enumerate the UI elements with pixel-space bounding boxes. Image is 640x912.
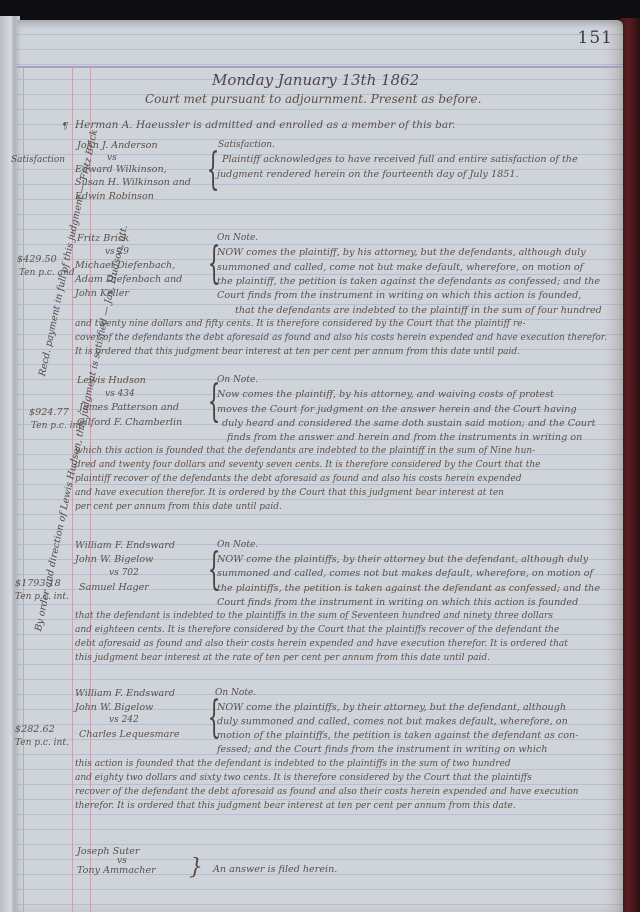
entry-body-line: summoned and called, comes not but makes… — [217, 566, 593, 581]
margin-line — [23, 68, 24, 912]
party-name: Joseph Suter — [77, 844, 139, 859]
entry-body-line: finds from the answer and herein and fro… — [227, 430, 582, 445]
judgment-amount: $282.62 — [15, 722, 55, 737]
party-name: Tony Ammacher — [77, 863, 156, 878]
entry-body-line: and eighty two dollars and sixty two cen… — [75, 771, 532, 786]
entry-body-line: Now comes the plaintiff, by his attorney… — [217, 387, 554, 402]
entry-body-line: and have execution therefor. It is order… — [75, 486, 504, 501]
party-versus: vs 242 — [109, 713, 139, 728]
entry-body-line: duly heard and considered the same doth … — [222, 416, 596, 431]
party-name: Adam Diefenbach and — [75, 272, 182, 287]
book-binding — [620, 18, 640, 912]
entry-title: On Note. — [217, 373, 258, 388]
entry-body-line: therefor. It is ordered that this judgme… — [75, 799, 516, 814]
entry-body-line: this judgment bear interest at the rate … — [75, 651, 490, 666]
entry-margin-label: Satisfaction — [11, 153, 65, 168]
heading-date: Monday January 13th 1862 — [212, 73, 419, 88]
interest-note: Ten p.c. int. — [15, 736, 69, 751]
party-versus: vs 702 — [109, 566, 139, 581]
entry-title: On Note. — [217, 538, 258, 553]
party-name: William F. Endsward — [75, 686, 175, 701]
entry-title: Satisfaction. — [218, 138, 275, 153]
entry-body-line: this action is founded that the defendan… — [75, 757, 511, 772]
entry-body-line: Court finds from the instrument in writi… — [217, 595, 578, 610]
entry-body-line: NOW come the plaintiffs, by their attorn… — [217, 700, 566, 715]
book-top-edge — [0, 0, 640, 22]
party-name: Michael Diefenbach, — [75, 258, 175, 273]
entry-title: On Note. — [217, 231, 258, 246]
entry-body-line: NOW comes the plaintiff, by his attorney… — [217, 245, 586, 260]
entry-body-line: per cent per annum from this date until … — [75, 500, 282, 515]
judgment-amount: $924.77 — [29, 405, 69, 420]
entry-body-line: and eighteen cents. It is therefore cons… — [75, 623, 559, 638]
entry-body-line: Court finds from the instrument in writi… — [217, 288, 581, 303]
party-name: John W. Bigelow — [75, 552, 153, 567]
party-name: John Keller — [75, 286, 129, 301]
party-name: Gilford F. Chamberlin — [77, 415, 182, 430]
entry-body-line: It is ordered that this judgment bear in… — [75, 345, 520, 360]
entry-body-line: recover of the defendant the debt afores… — [75, 785, 578, 800]
brace: } — [189, 858, 203, 878]
entry-body-line: duly summoned and called, comes not but … — [217, 714, 568, 729]
party-name: James Patterson and — [79, 400, 179, 415]
entry-body-line: and twenty nine dollars and fifty cents.… — [75, 317, 526, 332]
entry-body-line: the plaintiff, the petition is taken aga… — [217, 274, 600, 289]
entry-title: On Note. — [215, 686, 256, 701]
party-name: Samuel Hager — [79, 580, 149, 595]
entry-body-line: moves the Court for judgment on the answ… — [217, 402, 577, 417]
entry-body-line: An answer is filed herein. — [213, 862, 337, 877]
entry-body-line: fessed; and the Court finds from the ins… — [217, 742, 547, 757]
judgment-amount: $429.50 — [17, 252, 57, 267]
header-rule — [17, 66, 623, 68]
admission-text: Herman A. Haeussler is admitted and enro… — [75, 118, 455, 133]
entry-body-line: dred and twenty four dollars and seventy… — [75, 458, 541, 473]
entry-body-line: motion of the plaintiffs, the petition i… — [217, 728, 578, 743]
party-name: William F. Endsward — [75, 538, 175, 553]
entry-body-line: cover of the defendants the debt aforesa… — [75, 331, 607, 346]
entry-body-line: which this action is founded that the de… — [75, 444, 535, 459]
entry-body-line: summoned and called, come not but make d… — [217, 260, 583, 275]
entry-body-line: judgment rendered herein on the fourteen… — [217, 167, 519, 182]
party-name: Charles Lequesmare — [79, 727, 180, 742]
entry-body-line: that the defendant is indebted to the pl… — [75, 609, 553, 624]
entry-body-line: Plaintiff acknowledges to have received … — [222, 152, 578, 167]
ledger-page: 151 Monday January 13th 1862 Court met p… — [17, 20, 623, 912]
party-name: Susan H. Wilkinson and — [75, 175, 191, 190]
page-number: 151 — [578, 28, 613, 48]
entry-body-line: debt aforesaid as found and also their c… — [75, 637, 568, 652]
entry-body-line: NOW come the plaintiffs, by their attorn… — [217, 552, 588, 567]
heading-line: Court met pursuant to adjournment. Prese… — [145, 92, 481, 107]
paragraph-marker: ¶ — [62, 119, 68, 134]
entry-body-line: plaintiff recover of the defendants the … — [75, 472, 521, 487]
entry-body-line: the plaintiffs, the petition is taken ag… — [217, 581, 600, 596]
entry-body-line: that the defendants are indebted to the … — [235, 303, 602, 318]
